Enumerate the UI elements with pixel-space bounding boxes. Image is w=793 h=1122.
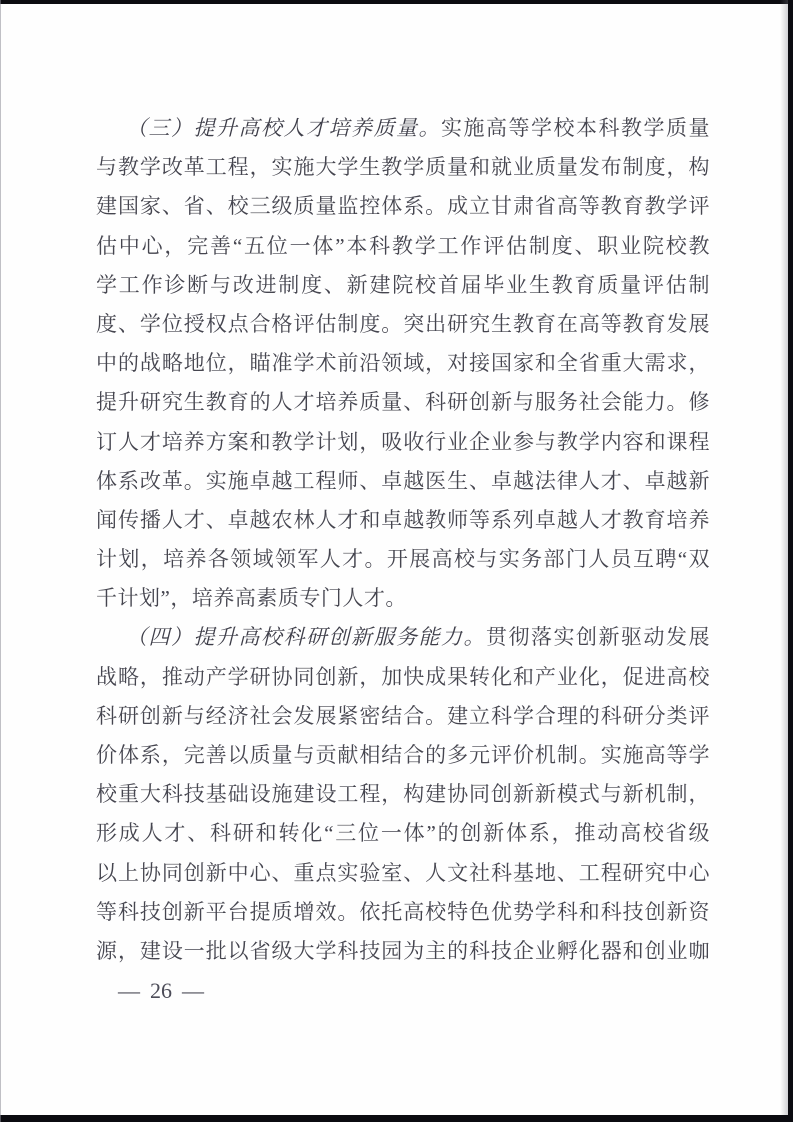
scan-edge-right bbox=[788, 0, 793, 1122]
section-3-line: 体系改革。实施卓越工程师、卓越医生、卓越法律人才、卓越新 bbox=[96, 462, 710, 501]
section-3-line: 与教学改革工程，实施大学生教学质量和就业质量发布制度，构 bbox=[96, 148, 710, 187]
section-3-heading: （三）提升高校人才培养质量。 bbox=[126, 116, 441, 140]
section-4-line: 价体系，完善以质量与贡献相结合的多元评价机制。实施高等学 bbox=[96, 736, 710, 775]
section-3-last-line: 千计划”，培养高素质专门人才。 bbox=[96, 579, 710, 618]
section-4-line: 以上协同创新中心、重点实验室、人文社科基地、工程研究中心 bbox=[96, 854, 710, 893]
footer-dash-right: — bbox=[182, 976, 204, 1006]
section-4-first-line: （四）提升高校科研创新服务能力。贯彻落实创新驱动发展 bbox=[96, 618, 710, 657]
section-3-line: 学工作诊断与改进制度、新建院校首届毕业生教育质量评估制 bbox=[96, 266, 710, 305]
section-3-line: 估中心，完善“五位一体”本科教学工作评估制度、职业院校教 bbox=[96, 227, 710, 266]
scan-edge-left bbox=[0, 0, 1, 1122]
scan-edge-top bbox=[0, 0, 793, 4]
section-4-line: 科研创新与经济社会发展紧密结合。建立科学合理的科研分类评 bbox=[96, 697, 710, 736]
section-4-first-line-text: 贯彻落实创新驱动发展 bbox=[486, 625, 710, 649]
scan-edge-bottom bbox=[0, 1115, 793, 1122]
page-footer: —26— bbox=[118, 976, 204, 1006]
document-body: （三）提升高校人才培养质量。实施高等学校本科教学质量 与教学改革工程，实施大学生… bbox=[96, 109, 710, 971]
section-3-first-line: （三）提升高校人才培养质量。实施高等学校本科教学质量 bbox=[96, 109, 710, 148]
section-4-line: 等科技创新平台提质增效。依托高校特色优势学科和科技创新资 bbox=[96, 893, 710, 932]
section-3-line: 订人才培养方案和教学计划，吸收行业企业参与教学内容和课程 bbox=[96, 423, 710, 462]
page-number: 26 bbox=[150, 976, 172, 1006]
section-4-line: 战略，推动产学研协同创新，加快成果转化和产业化，促进高校 bbox=[96, 658, 710, 697]
section-4-line: 源，建设一批以省级大学科技园为主的科技企业孵化器和创业咖 bbox=[96, 932, 710, 971]
section-3-line: 度、学位授权点合格评估制度。突出研究生教育在高等教育发展 bbox=[96, 305, 710, 344]
document-page: （三）提升高校人才培养质量。实施高等学校本科教学质量 与教学改革工程，实施大学生… bbox=[0, 0, 793, 1122]
section-4-line: 校重大科技基础设施建设工程，构建协同创新新模式与新机制， bbox=[96, 775, 710, 814]
section-4-line: 形成人才、科研和转化“三位一体”的创新体系，推动高校省级 bbox=[96, 814, 710, 853]
section-4-heading: （四）提升高校科研创新服务能力。 bbox=[126, 625, 486, 649]
section-3-line: 计划，培养各领域领军人才。开展高校与实务部门人员互聘“双 bbox=[96, 540, 710, 579]
section-3-first-line-text: 实施高等学校本科教学质量 bbox=[441, 116, 710, 140]
section-3-line: 提升研究生教育的人才培养质量、科研创新与服务社会能力。修 bbox=[96, 383, 710, 422]
section-3-line: 中的战略地位，瞄准学术前沿领域，对接国家和全省重大需求， bbox=[96, 344, 710, 383]
section-3-line: 闻传播人才、卓越农林人才和卓越教师等系列卓越人才教育培养 bbox=[96, 501, 710, 540]
scan-shadow-right bbox=[780, 0, 788, 1122]
footer-dash-left: — bbox=[118, 976, 140, 1006]
section-3-line: 建国家、省、校三级质量监控体系。成立甘肃省高等教育教学评 bbox=[96, 187, 710, 226]
